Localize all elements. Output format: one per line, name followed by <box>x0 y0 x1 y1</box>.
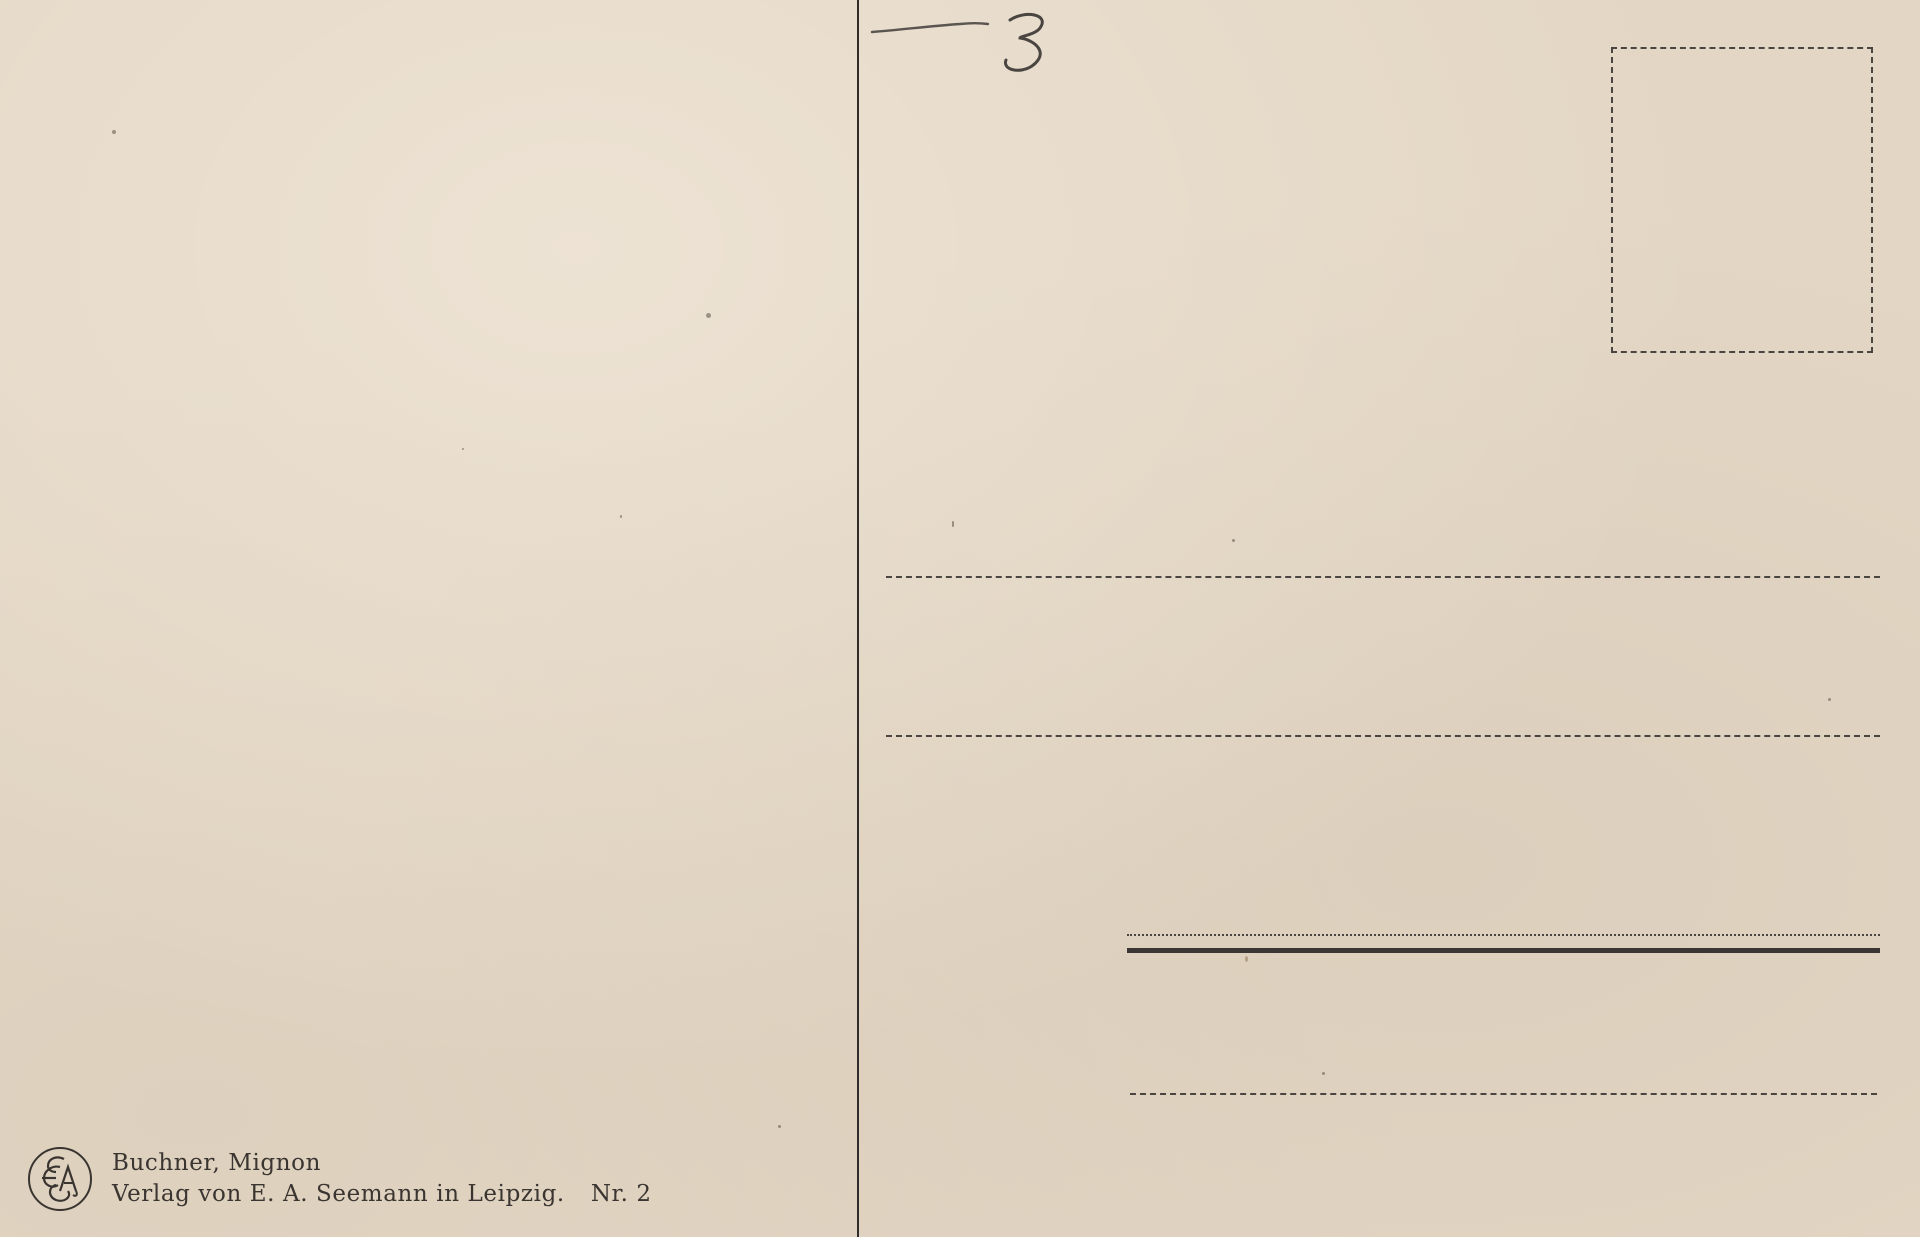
paper-speck <box>1245 956 1248 962</box>
handwritten-dash-three-icon <box>870 8 1070 78</box>
address-line-4 <box>1130 1093 1877 1095</box>
paper-speck <box>620 515 622 518</box>
publisher-imprint: Buchner, Mignon Verlag von E. A. Seemann… <box>26 1145 652 1213</box>
paper-speck <box>706 313 711 318</box>
address-line-3 <box>1127 934 1880 936</box>
esa-monogram-logo-icon <box>26 1145 94 1213</box>
postcard-back: —3 Buchner, Mignon Verlag von E. A. Seem… <box>0 0 1920 1237</box>
card-number: Nr. 2 <box>591 1179 652 1210</box>
paper-speck <box>952 521 954 527</box>
paper-speck <box>112 130 116 134</box>
center-divider-line <box>857 0 859 1237</box>
paper-speck <box>1322 1072 1325 1075</box>
handwritten-mark: —3 <box>870 8 1070 78</box>
paper-speck <box>778 1125 781 1128</box>
address-heavy-rule <box>1127 948 1880 953</box>
artwork-title: Buchner, Mignon <box>112 1148 652 1179</box>
address-line-1 <box>886 576 1880 578</box>
paper-speck <box>1232 539 1235 542</box>
paper-speck <box>462 448 464 450</box>
stamp-placeholder-box <box>1611 47 1873 353</box>
publisher-line: Verlag von E. A. Seemann in Leipzig. <box>112 1179 565 1210</box>
paper-speck <box>1828 698 1831 701</box>
address-line-2 <box>886 735 1880 737</box>
